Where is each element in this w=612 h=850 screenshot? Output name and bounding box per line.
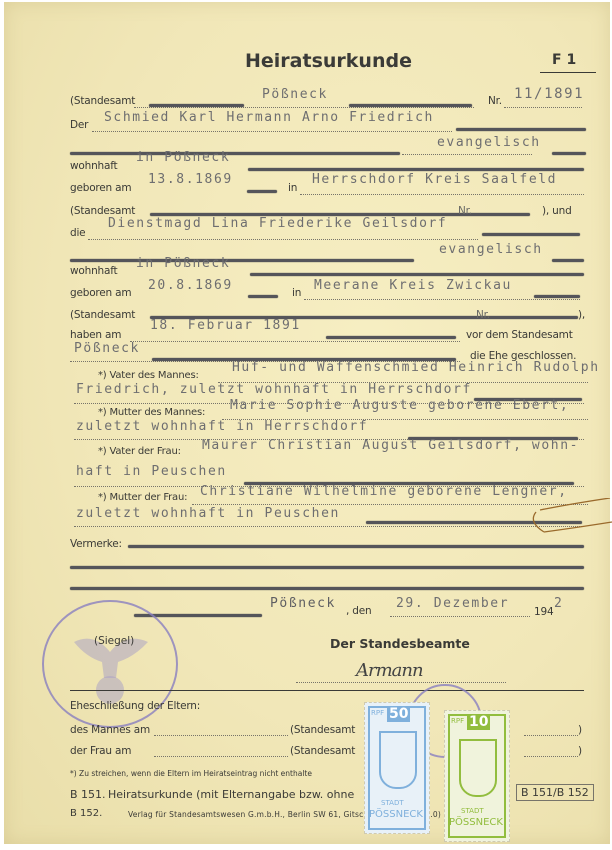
dotted-line bbox=[402, 154, 532, 155]
document-title: Heiratsurkunde bbox=[245, 50, 412, 72]
eltern-frau-close: ) bbox=[578, 745, 582, 757]
nr-value: 11/1891 bbox=[514, 86, 584, 102]
strike-bar bbox=[247, 190, 277, 193]
mutter-mannes-line1: Marie Sophie Auguste geborene Ebert, bbox=[230, 398, 569, 413]
certificate-page: Heiratsurkunde F 1 (Standesamt Pößneck N… bbox=[4, 2, 610, 844]
strike-bar bbox=[70, 152, 400, 155]
signature-title: Der Standesbeamte bbox=[330, 636, 470, 651]
vermerke-label: Vermerke: bbox=[70, 538, 122, 550]
dotted-line bbox=[154, 735, 288, 736]
strike-bar bbox=[248, 168, 584, 171]
groom-name: Schmied Karl Hermann Arno Friedrich bbox=[104, 110, 434, 125]
stamp-currency: RPF bbox=[371, 709, 384, 717]
groom-religion: evangelisch bbox=[437, 135, 541, 150]
groom-nr-label: Nr. bbox=[458, 205, 472, 217]
footer-b151-code: B 151. bbox=[70, 788, 106, 801]
bride-geboren-label: geboren am bbox=[70, 287, 131, 299]
vater-frau-label: *) Vater der Frau: bbox=[98, 446, 181, 457]
mutter-frau-line1: Christiane Wilhelmine geborene Lengner, bbox=[200, 484, 568, 499]
dotted-line bbox=[134, 107, 474, 108]
strike-bar bbox=[70, 259, 414, 262]
standesamt-value: Pößneck bbox=[262, 87, 328, 102]
der-label: Der bbox=[70, 119, 88, 131]
footer-b152-code: B 152. bbox=[70, 808, 102, 819]
issue-date: 29. Dezember bbox=[396, 596, 509, 611]
eltern-mannes-label: des Mannes am bbox=[70, 724, 150, 736]
dotted-line bbox=[154, 756, 288, 757]
stamp-city: PÖSSNECK bbox=[449, 817, 503, 828]
dotted-line bbox=[74, 526, 584, 527]
marriage-date: 18. Februar 1891 bbox=[150, 318, 301, 333]
strike-bar bbox=[456, 128, 586, 131]
standesamt-label: (Standesamt bbox=[70, 95, 135, 107]
groom-wohnhaft-value: in Pößneck bbox=[136, 150, 230, 165]
strike-bar bbox=[552, 152, 586, 155]
mutter-frau-label: *) Mutter der Frau: bbox=[98, 492, 187, 503]
und-label: ), und bbox=[542, 205, 572, 217]
siegel-label: (Siegel) bbox=[94, 635, 134, 647]
lion-crest-icon bbox=[379, 731, 417, 789]
strike-bar bbox=[248, 295, 278, 298]
groom-birthplace: Herrschdorf Kreis Saalfeld bbox=[312, 172, 557, 187]
eltern-heading: Eheschließung der Eltern: bbox=[70, 700, 200, 712]
vater-frau-line2: haft in Peuschen bbox=[76, 464, 227, 479]
vater-mannes-line2: Friedrich, zuletzt wohnhaft in Herrschdo… bbox=[76, 382, 472, 397]
dotted-line bbox=[92, 131, 452, 132]
strike-bar bbox=[552, 259, 584, 262]
bride-in-label: in bbox=[292, 287, 301, 299]
mutter-mannes-line2: zuletzt wohnhaft in Herrschdorf bbox=[76, 419, 368, 434]
issue-place: Pößneck bbox=[270, 596, 336, 611]
dotted-line bbox=[504, 107, 582, 108]
strike-bar bbox=[482, 233, 580, 236]
eltern-mannes-standesamt: (Standesamt bbox=[290, 724, 355, 736]
bride-standesamt-label: (Standesamt bbox=[70, 309, 135, 321]
fee-stamp-10: RPF 10 STADT PÖSSNECK bbox=[444, 710, 510, 842]
bride-birthplace: Meerane Kreis Zwickau bbox=[314, 278, 512, 293]
bride-religion: evangelisch bbox=[439, 242, 543, 257]
mutter-frau-line2: zuletzt wohnhaft in Peuschen bbox=[76, 506, 340, 521]
lion-crest-icon bbox=[459, 739, 497, 797]
groom-geboren-label: geboren am bbox=[70, 182, 131, 194]
strike-bar bbox=[326, 336, 456, 339]
strike-bar bbox=[349, 104, 472, 107]
stamp-city-label: STADT bbox=[381, 799, 404, 807]
eltern-frau-standesamt: (Standesamt bbox=[290, 745, 355, 757]
die-label: die bbox=[70, 227, 85, 239]
form-code: F 1 bbox=[552, 52, 576, 68]
vater-mannes-line1: Huf- und Waffenschmied Heinrich Rudolph bbox=[232, 360, 600, 375]
stamp-city: PÖSSNECK bbox=[369, 809, 423, 820]
signature: Armann bbox=[356, 660, 423, 681]
dotted-line bbox=[300, 194, 584, 195]
dotted-line bbox=[296, 682, 506, 683]
strike-bar bbox=[70, 566, 584, 569]
eltern-frau-label: der Frau am bbox=[70, 745, 131, 757]
stamp-city-label: STADT bbox=[461, 807, 484, 815]
bride-wohnhaft-label: wohnhaft bbox=[70, 265, 117, 277]
eltern-mannes-close: ) bbox=[578, 724, 582, 736]
groom-in-label: in bbox=[288, 182, 297, 194]
strike-bar bbox=[128, 545, 584, 548]
footer-b151-text: Heiratsurkunde (mit Elternangabe bzw. oh… bbox=[108, 788, 354, 801]
marriage-place: Pößneck bbox=[74, 341, 140, 356]
den-label: , den bbox=[346, 605, 371, 617]
bride-wohnhaft-value: in Pößneck bbox=[136, 256, 230, 271]
vater-mannes-label: *) Vater des Mannes: bbox=[98, 370, 199, 381]
bride-close-label: ), bbox=[578, 309, 585, 321]
divider bbox=[70, 690, 584, 691]
issue-year-suffix: 2 bbox=[554, 596, 563, 611]
dotted-line bbox=[524, 735, 578, 736]
fee-stamp-50: RPF 50 STADT PÖSSNECK bbox=[364, 702, 430, 834]
form-code-underline bbox=[540, 72, 596, 73]
stamp-currency: RPF bbox=[451, 717, 464, 725]
stamp-value: 10 bbox=[467, 714, 490, 730]
dotted-line bbox=[390, 616, 530, 617]
dotted-line bbox=[192, 504, 588, 505]
dotted-line bbox=[524, 756, 578, 757]
vor-label: vor dem Standesamt bbox=[466, 329, 573, 341]
dotted-line bbox=[304, 299, 580, 300]
issue-year-prefix: 194 bbox=[534, 606, 553, 618]
strike-bar bbox=[250, 273, 584, 276]
form-number-box: B 151/B 152 bbox=[516, 784, 594, 801]
dotted-line bbox=[130, 341, 460, 342]
bride-nr-label: Nr. bbox=[476, 309, 490, 321]
pencil-mark bbox=[530, 498, 612, 538]
haben-label: haben am bbox=[70, 329, 121, 341]
strike-bar bbox=[149, 104, 244, 107]
strike-bar bbox=[70, 587, 584, 590]
nr-label: Nr. bbox=[488, 95, 502, 107]
groom-wohnhaft-label: wohnhaft bbox=[70, 160, 117, 172]
stamp-value: 50 bbox=[387, 706, 410, 722]
footnote: *) Zu streichen, wenn die Eltern im Heir… bbox=[70, 769, 312, 778]
bride-name: Dienstmagd Lina Friederike Geilsdorf bbox=[108, 216, 447, 231]
groom-geboren-value: 13.8.1869 bbox=[148, 172, 233, 187]
vater-frau-line1: Maurer Christian August Geilsdorf, wohn- bbox=[202, 438, 579, 453]
strike-bar bbox=[534, 295, 580, 298]
dotted-line bbox=[88, 239, 478, 240]
mutter-mannes-label: *) Mutter des Mannes: bbox=[98, 407, 205, 418]
bride-geboren-value: 20.8.1869 bbox=[148, 278, 233, 293]
